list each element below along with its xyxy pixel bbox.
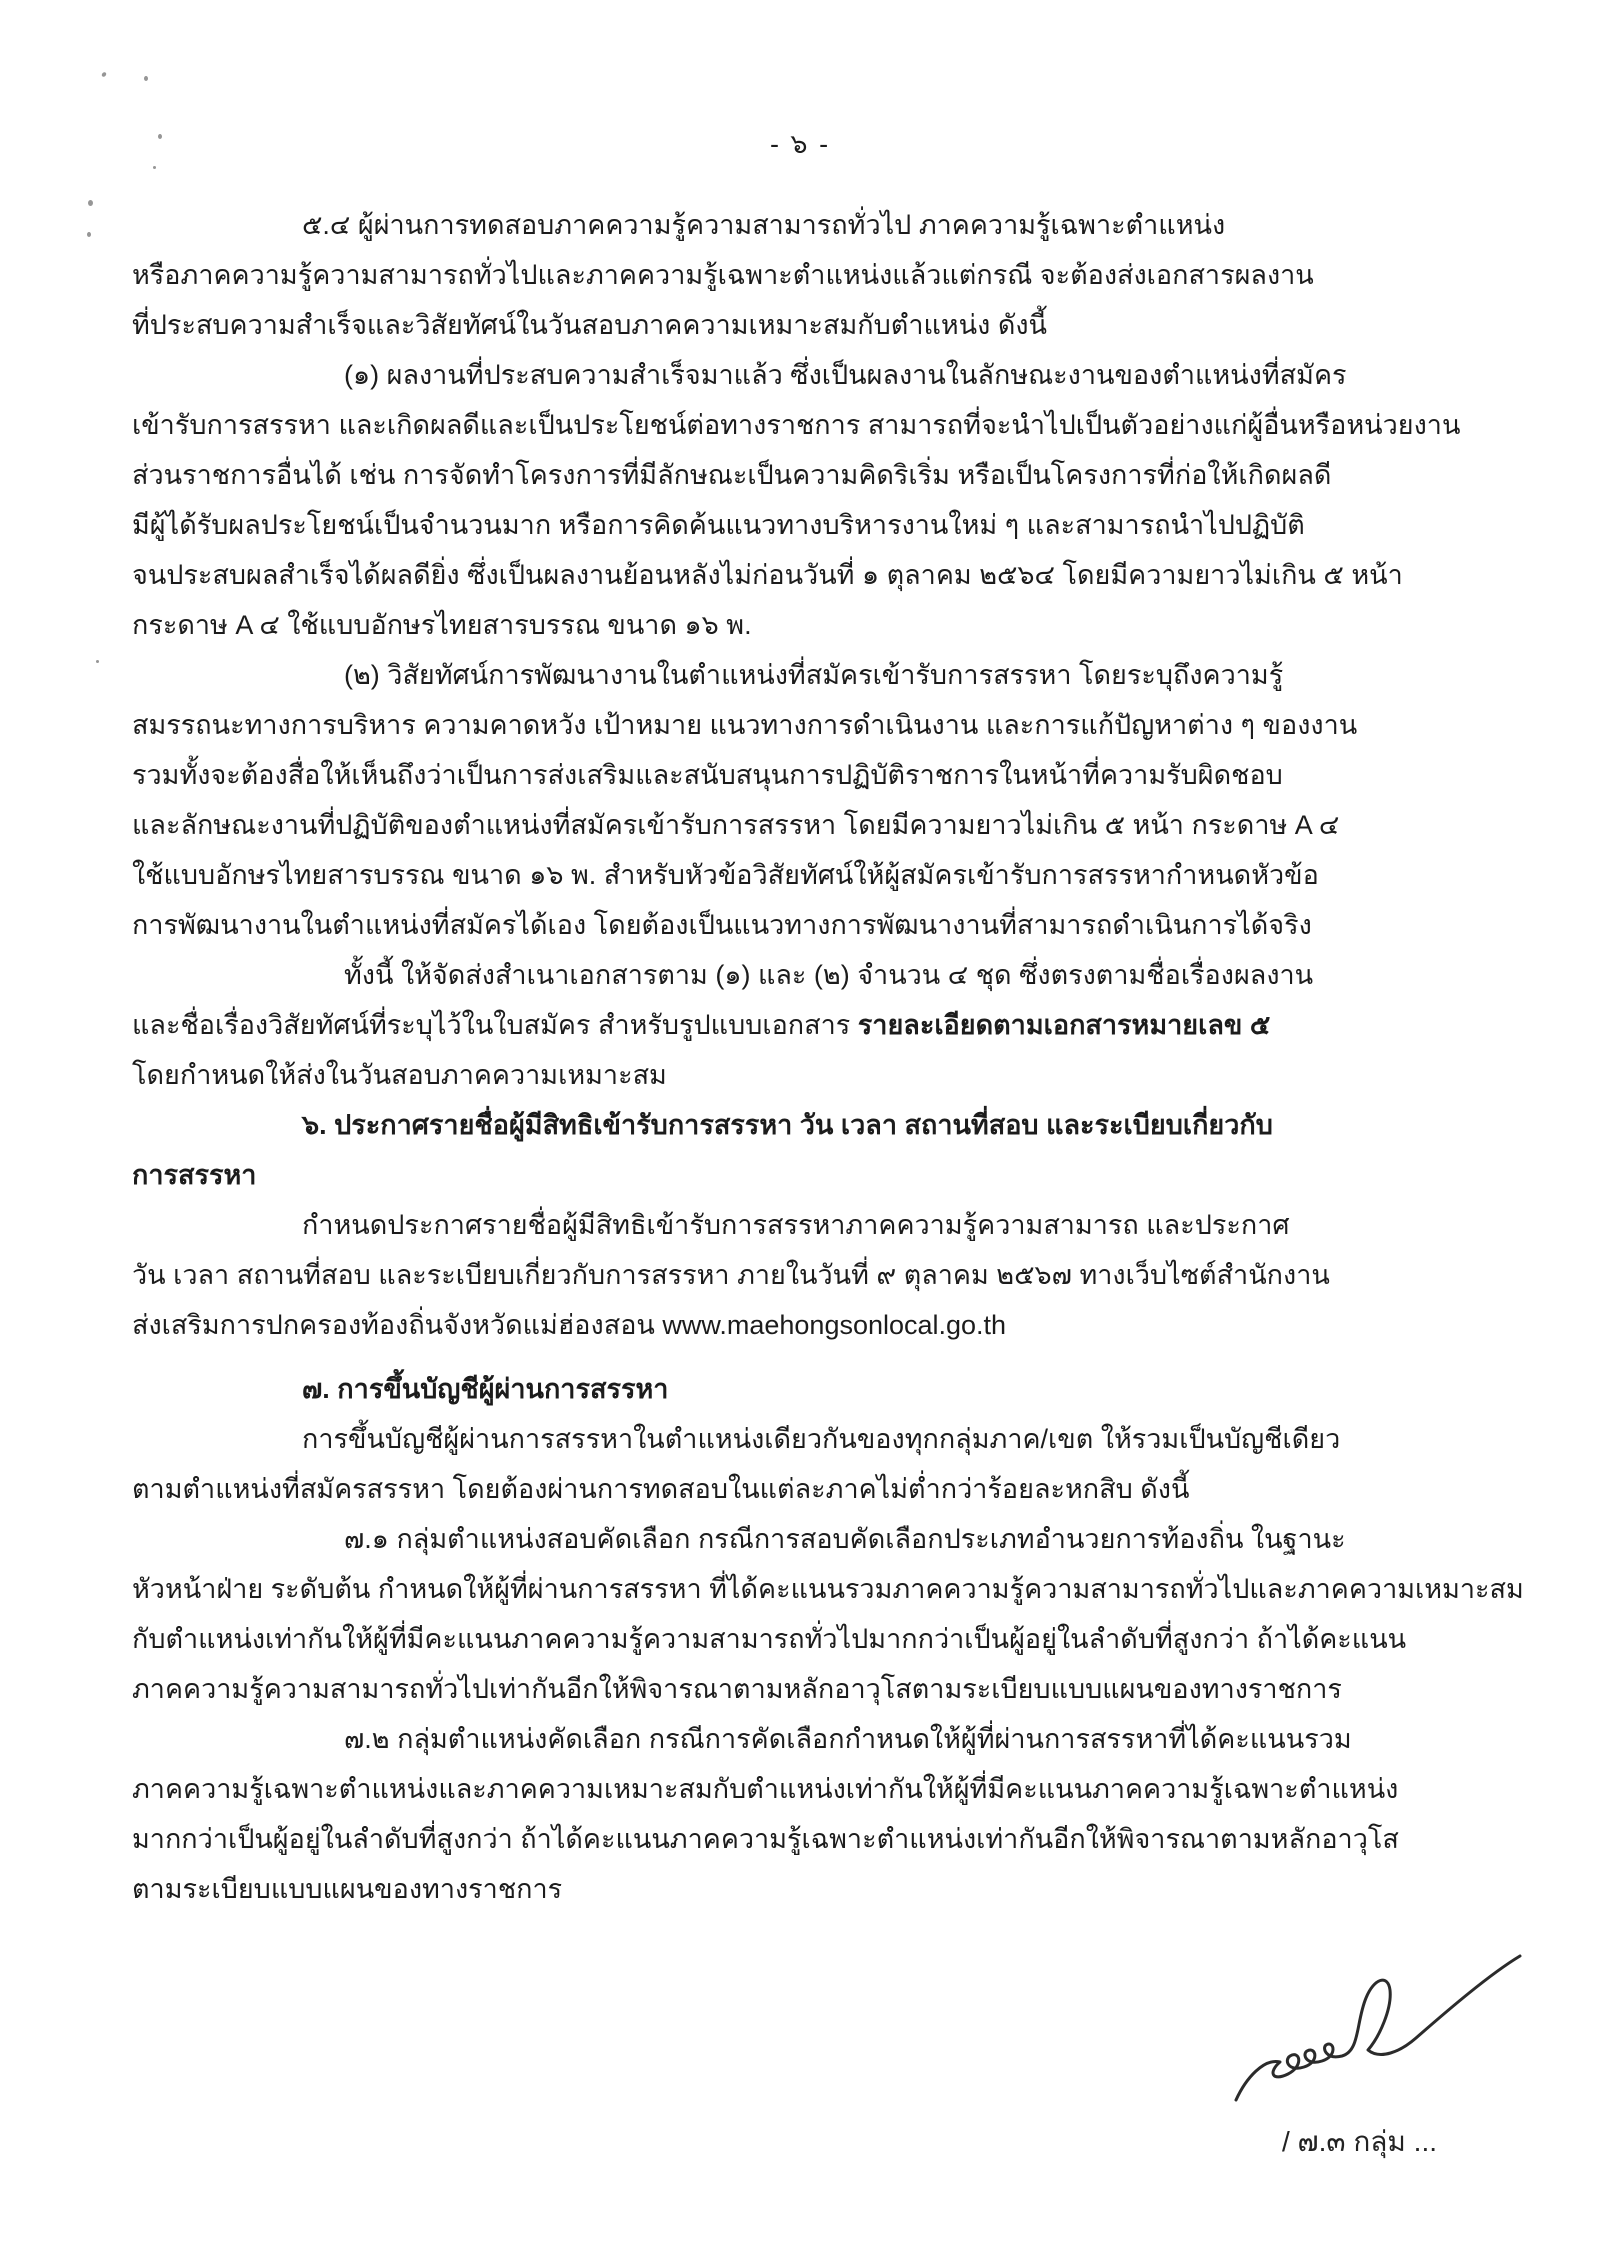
bold-text-run: ๖. ประกาศรายชื่อผู้มีสิทธิเข้ารับการสรรห… (302, 1110, 1273, 1140)
text-run: กระดาษ A ๔ ใช้แบบอักษรไทยสารบรรณ ขนาด ๑๖… (132, 610, 752, 640)
text-run: เข้ารับการสรรหา และเกิดผลดีและเป็นประโยช… (132, 410, 1460, 440)
page-number: - ๖ - (0, 122, 1600, 165)
text-line: เข้ารับการสรรหา และเกิดผลดีและเป็นประโยช… (132, 400, 1522, 450)
document-page: - ๖ - ๕.๔ ผู้ผ่านการทดสอบภาคความรู้ความส… (0, 0, 1600, 2262)
bold-text-run: ๗. การขึ้นบัญชีผู้ผ่านการสรรหา (302, 1374, 668, 1404)
text-run: จนประสบผลสำเร็จได้ผลดียิ่ง ซึ่งเป็นผลงาน… (132, 560, 1403, 590)
text-run: มากกว่าเป็นผู้อยู่ในลำดับที่สูงกว่า ถ้าไ… (132, 1824, 1399, 1854)
text-line: มีผู้ได้รับผลประโยชน์เป็นจำนวนมาก หรือกา… (132, 500, 1522, 550)
text-run: ทั้งนี้ ให้จัดส่งสำเนาเอกสารตาม (๑) และ … (344, 960, 1313, 990)
text-line: หัวหน้าฝ่าย ระดับต้น กำหนดให้ผู้ที่ผ่านก… (132, 1564, 1522, 1614)
text-run: หรือภาคความรู้ความสามารถทั่วไปและภาคความ… (132, 260, 1314, 290)
scan-artifact (153, 166, 156, 169)
text-line: วัน เวลา สถานที่สอบ และระเบียบเกี่ยวกับก… (132, 1250, 1522, 1300)
text-run: หัวหน้าฝ่าย ระดับต้น กำหนดให้ผู้ที่ผ่านก… (132, 1574, 1524, 1604)
text-line: และชื่อเรื่องวิสัยทัศน์ที่ระบุไว้ในใบสมั… (132, 1000, 1522, 1050)
scan-artifact (87, 232, 91, 237)
section-heading-line: ๗. การขึ้นบัญชีผู้ผ่านการสรรหา (132, 1364, 1522, 1414)
text-run: ใช้แบบอักษรไทยสารบรรณ ขนาด ๑๖ พ. สำหรับห… (132, 860, 1319, 890)
text-run: วัน เวลา สถานที่สอบ และระเบียบเกี่ยวกับก… (132, 1260, 1330, 1290)
bold-text-run: การสรรหา (132, 1160, 256, 1190)
text-line: ส่วนราชการอื่นได้ เช่น การจัดทำโครงการที… (132, 450, 1522, 500)
text-run: (๒) วิสัยทัศน์การพัฒนางานในตำแหน่งที่สมั… (344, 660, 1283, 690)
text-line: (๑) ผลงานที่ประสบความสำเร็จมาแล้ว ซึ่งเป… (132, 350, 1522, 400)
text-run: กับตำแหน่งเท่ากันให้ผู้ที่มีคะแนนภาคความ… (132, 1624, 1406, 1654)
text-line: หรือภาคความรู้ความสามารถทั่วไปและภาคความ… (132, 250, 1522, 300)
text-line: ๕.๔ ผู้ผ่านการทดสอบภาคความรู้ความสามารถท… (132, 200, 1522, 250)
text-run: การขึ้นบัญชีผู้ผ่านการสรรหาในตำแหน่งเดีย… (302, 1424, 1340, 1454)
text-line: การขึ้นบัญชีผู้ผ่านการสรรหาในตำแหน่งเดีย… (132, 1414, 1522, 1464)
document-lines: ๕.๔ ผู้ผ่านการทดสอบภาคความรู้ความสามารถท… (132, 200, 1522, 1914)
text-line: จนประสบผลสำเร็จได้ผลดียิ่ง ซึ่งเป็นผลงาน… (132, 550, 1522, 600)
text-line: กระดาษ A ๔ ใช้แบบอักษรไทยสารบรรณ ขนาด ๑๖… (132, 600, 1522, 650)
text-line: ตามระเบียบแบบแผนของทางราชการ (132, 1864, 1522, 1914)
scan-artifact (144, 76, 148, 81)
text-run: ส่งเสริมการปกครองท้องถิ่นจังหวัดแม่ฮ่องส… (132, 1310, 1006, 1340)
text-run: กำหนดประกาศรายชื่อผู้มีสิทธิเข้ารับการสร… (302, 1210, 1290, 1240)
text-line: ภาคความรู้ความสามารถทั่วไปเท่ากันอีกให้พ… (132, 1664, 1522, 1714)
text-line: ใช้แบบอักษรไทยสารบรรณ ขนาด ๑๖ พ. สำหรับห… (132, 850, 1522, 900)
scan-artifact (101, 71, 107, 77)
text-run: ตามตำแหน่งที่สมัครสรรหา โดยต้องผ่านการทด… (132, 1474, 1189, 1504)
text-line: ตามตำแหน่งที่สมัครสรรหา โดยต้องผ่านการทด… (132, 1464, 1522, 1514)
text-run: มีผู้ได้รับผลประโยชน์เป็นจำนวนมาก หรือกา… (132, 510, 1305, 540)
text-run: ๕.๔ ผู้ผ่านการทดสอบภาคความรู้ความสามารถท… (302, 210, 1225, 240)
section-heading-line: ๖. ประกาศรายชื่อผู้มีสิทธิเข้ารับการสรรห… (132, 1100, 1522, 1150)
text-line: โดยกำหนดให้ส่งในวันสอบภาคความเหมาะสม (132, 1050, 1522, 1100)
text-run: การพัฒนางานในตำแหน่งที่สมัครได้เอง โดยต้… (132, 910, 1312, 940)
signature-icon (1228, 1950, 1528, 2120)
text-line: สมรรถนะทางการบริหาร ความคาดหวัง เป้าหมาย… (132, 700, 1522, 750)
text-run: ภาคความรู้เฉพาะตำแหน่งและภาคความเหมาะสมก… (132, 1774, 1398, 1804)
scan-artifact (96, 660, 99, 663)
text-line: มากกว่าเป็นผู้อยู่ในลำดับที่สูงกว่า ถ้าไ… (132, 1814, 1522, 1864)
text-run: ๗.๑ กลุ่มตำแหน่งสอบคัดเลือก กรณีการสอบคั… (344, 1524, 1346, 1554)
text-run: โดยกำหนดให้ส่งในวันสอบภาคความเหมาะสม (132, 1060, 667, 1090)
text-run: (๑) ผลงานที่ประสบความสำเร็จมาแล้ว ซึ่งเป… (344, 360, 1347, 390)
text-line: ๗.๒ กลุ่มตำแหน่งคัดเลือก กรณีการคัดเลือก… (132, 1714, 1522, 1764)
text-line: ๗.๑ กลุ่มตำแหน่งสอบคัดเลือก กรณีการสอบคั… (132, 1514, 1522, 1564)
text-run: ที่ประสบความสำเร็จและวิสัยทัศน์ในวันสอบภ… (132, 310, 1047, 340)
text-run: ๗.๒ กลุ่มตำแหน่งคัดเลือก กรณีการคัดเลือก… (344, 1724, 1352, 1754)
text-line: ทั้งนี้ ให้จัดส่งสำเนาเอกสารตาม (๑) และ … (132, 950, 1522, 1000)
section-heading-line: การสรรหา (132, 1150, 1522, 1200)
text-run: และชื่อเรื่องวิสัยทัศน์ที่ระบุไว้ในใบสมั… (132, 1010, 858, 1040)
text-line: และลักษณะงานที่ปฏิบัติของตำแหน่งที่สมัคร… (132, 800, 1522, 850)
text-run: ภาคความรู้ความสามารถทั่วไปเท่ากันอีกให้พ… (132, 1674, 1342, 1704)
text-line: ส่งเสริมการปกครองท้องถิ่นจังหวัดแม่ฮ่องส… (132, 1300, 1522, 1350)
text-line: ที่ประสบความสำเร็จและวิสัยทัศน์ในวันสอบภ… (132, 300, 1522, 350)
text-run: สมรรถนะทางการบริหาร ความคาดหวัง เป้าหมาย… (132, 710, 1357, 740)
text-line: ภาคความรู้เฉพาะตำแหน่งและภาคความเหมาะสมก… (132, 1764, 1522, 1814)
text-line: กับตำแหน่งเท่ากันให้ผู้ที่มีคะแนนภาคความ… (132, 1614, 1522, 1664)
scan-artifact (88, 200, 93, 206)
text-run: ส่วนราชการอื่นได้ เช่น การจัดทำโครงการที… (132, 460, 1331, 490)
text-line: กำหนดประกาศรายชื่อผู้มีสิทธิเข้ารับการสร… (132, 1200, 1522, 1250)
text-line: รวมทั้งจะต้องสื่อให้เห็นถึงว่าเป็นการส่ง… (132, 750, 1522, 800)
text-run: และลักษณะงานที่ปฏิบัติของตำแหน่งที่สมัคร… (132, 810, 1339, 840)
text-run: รวมทั้งจะต้องสื่อให้เห็นถึงว่าเป็นการส่ง… (132, 760, 1283, 790)
text-line: การพัฒนางานในตำแหน่งที่สมัครได้เอง โดยต้… (132, 900, 1522, 950)
continuation-note: / ๗.๓ กลุ่ม ... (1282, 2120, 1437, 2164)
text-line: (๒) วิสัยทัศน์การพัฒนางานในตำแหน่งที่สมั… (132, 650, 1522, 700)
text-run: ตามระเบียบแบบแผนของทางราชการ (132, 1874, 562, 1904)
bold-text-run: รายละเอียดตามเอกสารหมายเลข ๕ (858, 1010, 1271, 1040)
